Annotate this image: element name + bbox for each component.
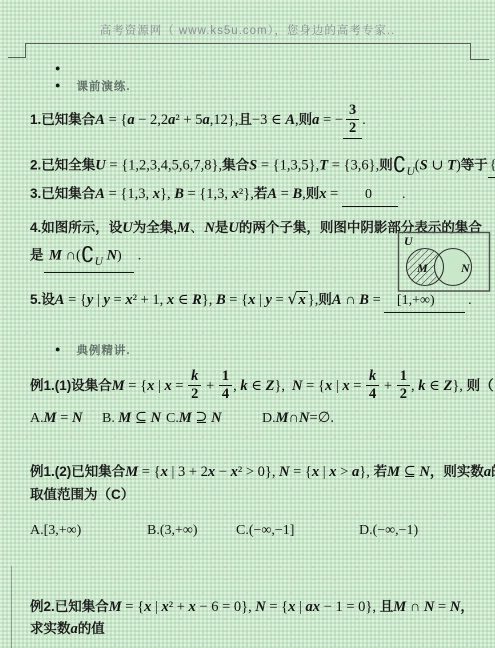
roman-text: D. [262,411,276,426]
roman-text: . [362,113,366,128]
formula-text: M = {x | x = [112,378,187,394]
chinese-text: 且 [238,112,252,127]
underlined-answer: [1,+∞) [384,290,464,313]
formula-text: , k ∈ Z}, [411,378,463,394]
formula-text: a [71,621,78,637]
chinese-text: 则 [318,292,332,307]
chinese-text: ， [460,599,474,614]
page-border-left-lower [11,566,12,648]
chinese-text: 例1.(2)已知集合 [30,464,125,479]
option-c: C.(−∞,−1] [236,521,294,539]
chinese-text: 例1.(1)设集合 [30,378,112,393]
example-1-part-2-options: A.[3,+∞) B.(3,+∞) C.(−∞,−1] D.(−∞,−1) [30,521,480,543]
example-1-part-1: 例1.(1)设集合M = {x | x = k2 + 14, k ∈ Z}, N… [30,369,495,402]
chinese-text: 求实数 [30,621,71,636]
formula-text: }, [308,292,319,308]
chinese-text: 2.已知全集 [30,157,95,172]
example-1-part-2-line1: 例1.(2)已知集合M = {x | 3 + 2x − x² > 0}, N =… [30,462,495,482]
roman-text: C.(−∞,−1] [236,523,294,538]
chinese-text: 则 [299,112,313,127]
formula-text: + [202,378,217,394]
venn-svg: U M N [397,231,491,293]
venn-diagram: U M N [397,231,491,293]
fraction: 32 [346,103,359,136]
formula-text: k [369,368,376,384]
roman-text: [1,+∞) [386,293,462,308]
chinese-text: 例2.已知集合 [30,599,109,614]
roman-text: B.(3,+∞) [147,523,198,538]
chinese-text: 的值 [78,621,105,636]
page-border-segment [25,43,26,58]
roman-text: ) [117,248,132,263]
underlined-answer: 0 [342,184,399,207]
problem-5: 5.设A = {y | y = x² + 1, x ∈ R}, B = {x |… [30,289,472,313]
page-border-segment [8,57,26,58]
formula-text: 3 [349,102,356,118]
option-d: D.(−∞,−1) [359,521,418,539]
formula-text: N = {x | x > a}, [279,464,370,480]
bullet-label: 课前演练. [76,81,130,93]
option-b: B.(3,+∞) [147,521,198,539]
chinese-text: 若 [254,186,268,201]
bullet-item-pre-practice: ●课前演练. [55,77,131,95]
formula-text: M ⊆ N [387,464,430,480]
underlined-answer: {2,4,7,8} [488,155,495,178]
roman-text: B. [102,411,118,426]
roman-text: . [398,187,405,202]
complement-symbol: ∁U [81,243,103,270]
formula-text: 1 [400,368,407,384]
roman-text: A. [30,411,44,426]
formula-text: A = {a − 2,2a² + 5a,12}, [95,112,238,128]
formula-text: −3 ∈ A, [252,112,299,128]
chinese-text: 5.设 [30,292,55,307]
formula-text: N = {x | x = [292,378,365,394]
formula-text: (S ∪ T) [415,157,461,173]
option-c: C.M ⊇ N [166,409,222,427]
venn-label-universe: U [404,234,414,248]
formula-text: M ∩ N = N [393,599,460,615]
example-1-part-2-line2: 取值范围为（C） [30,485,134,505]
underlined-answer: 32 [343,103,362,139]
problem-2: 2.已知全集U = {1,2,3,4,5,6,7,8},集合S = {1,3,5… [30,153,495,180]
worksheet-page: 高考资源网（ www.ks5u.com），您身边的高考专家.. ● ●课前演练.… [0,0,495,648]
chinese-text: 则 [306,186,320,201]
formula-text: U = {1,2,3,4,5,6,7,8}, [95,157,222,173]
roman-text: C. [166,411,179,426]
site-header-text: 高考资源网（ www.ks5u.com），您身边的高考专家.. [0,22,495,38]
option-b: B. M ⊆ N [102,409,161,427]
chinese-text: 为全集, [133,220,177,235]
formula-text: x [297,291,308,308]
chinese-text: 是 [30,247,44,262]
formula-text: M = {x | 3 + 2x − x² > 0}, [125,464,275,480]
roman-text: D.(−∞,−1) [359,523,418,538]
formula-text: M = {x | x² + x − 6 = 0}, [109,599,252,615]
option-a: A.M = N [30,409,82,427]
formula-text: A = B, [267,186,305,202]
chinese-text: 1.已知集合 [30,112,95,127]
formula-text: S = {1,3,5},T = {3,6}, [249,157,379,173]
venn-label-n: N [460,261,471,275]
formula-text: 1 [222,368,229,384]
formula-text: 2 [400,386,407,402]
formula-text: A = {y | y = x² + 1, x ∈ R}, B = {x | y … [55,292,288,308]
chinese-text: 取值范围为（C） [30,487,134,502]
underlined-answer: M ∩(∁U N) [44,243,135,273]
formula-text: A = {1,3, x}, B = {1,3, x²}, [95,186,254,202]
roman-text: . [134,248,141,263]
chinese-text: 等于 [461,157,488,172]
chinese-text: 3.已知集合 [30,186,95,201]
option-d: D.M∩N=∅. [262,409,334,427]
chinese-text: 的 [491,464,495,479]
fraction: k2 [188,369,201,402]
formula-text: M∩N=∅. [276,410,334,426]
formula-text: 2 [191,386,198,402]
bullet-item-empty: ● [55,60,76,78]
problem-3: 3.已知集合A = {1,3, x}, B = {1,3, x²},若A = B… [30,184,405,207]
formula-text: M、N [177,220,215,236]
page-border-segment [470,43,471,60]
chinese-text: 4.如图所示，设 [30,220,122,235]
roman-text: {2,4,7,8} [490,158,495,173]
sqrt-symbol: √x [287,291,307,308]
formula-text: , k ∈ Z}, [233,378,285,394]
formula-text: M = N [44,410,83,426]
bullet-icon: ● [55,63,60,73]
formula-text: A ∩ B = [332,292,385,308]
chinese-text: 且 [376,599,393,614]
example-1-part-1-options: A.M = N B. M ⊆ N C.M ⊇ N D.M∩N=∅. [30,409,480,431]
chinese-text: 集合 [222,157,249,172]
option-a: A.[3,+∞) [30,521,81,539]
formula-text: M ⊆ N [118,410,161,426]
formula-text: 4 [369,386,376,402]
bullet-label: 典例精讲. [76,345,130,357]
formula-text: M ⊇ N [179,410,222,426]
bullet-item-examples: ●典例精讲. [55,341,131,359]
fraction: 14 [219,369,232,402]
chinese-text: 则（ [463,378,494,393]
chinese-text: 若 [370,464,387,479]
bullet-icon: ● [55,80,60,90]
formula-text: 2 [349,120,356,136]
formula-text: k [191,368,198,384]
roman-text: . [465,293,472,308]
page-border-top [25,43,471,44]
venn-label-m: M [416,261,428,275]
roman-text: A.[3,+∞) [30,523,81,538]
problem-4-answer: 是 M ∩(∁U N) . [30,243,141,273]
formula-text: + [380,378,395,394]
formula-text: N [103,247,117,263]
chinese-text: ，则实数 [430,464,484,479]
formula-text: M ∩( [49,247,81,263]
roman-text: 0 [344,187,397,202]
formula-text: U [228,220,238,236]
roman-text [285,379,292,394]
example-2-line1: 例2.已知集合M = {x | x² + x − 6 = 0}, N = {x … [30,597,474,617]
complement-symbol: ∁U [393,153,415,180]
chinese-text: 是 [215,220,229,235]
formula-text: 4 [222,386,229,402]
bullet-icon: ● [55,344,60,354]
example-2-line2: 求实数a的值 [30,619,105,639]
formula-text: a = − [312,112,343,128]
page-border-segment [470,59,489,60]
problem-1: 1.已知集合A = {a − 2,2a² + 5a,12},且−3 ∈ A,则a… [30,103,366,139]
formula-text: x = [319,186,342,202]
fraction: 12 [397,369,410,402]
chinese-text: 则 [379,157,393,172]
formula-text: N = {x | ax − 1 = 0}, [255,599,376,615]
formula-text: U [122,220,132,236]
fraction: k4 [366,369,379,402]
